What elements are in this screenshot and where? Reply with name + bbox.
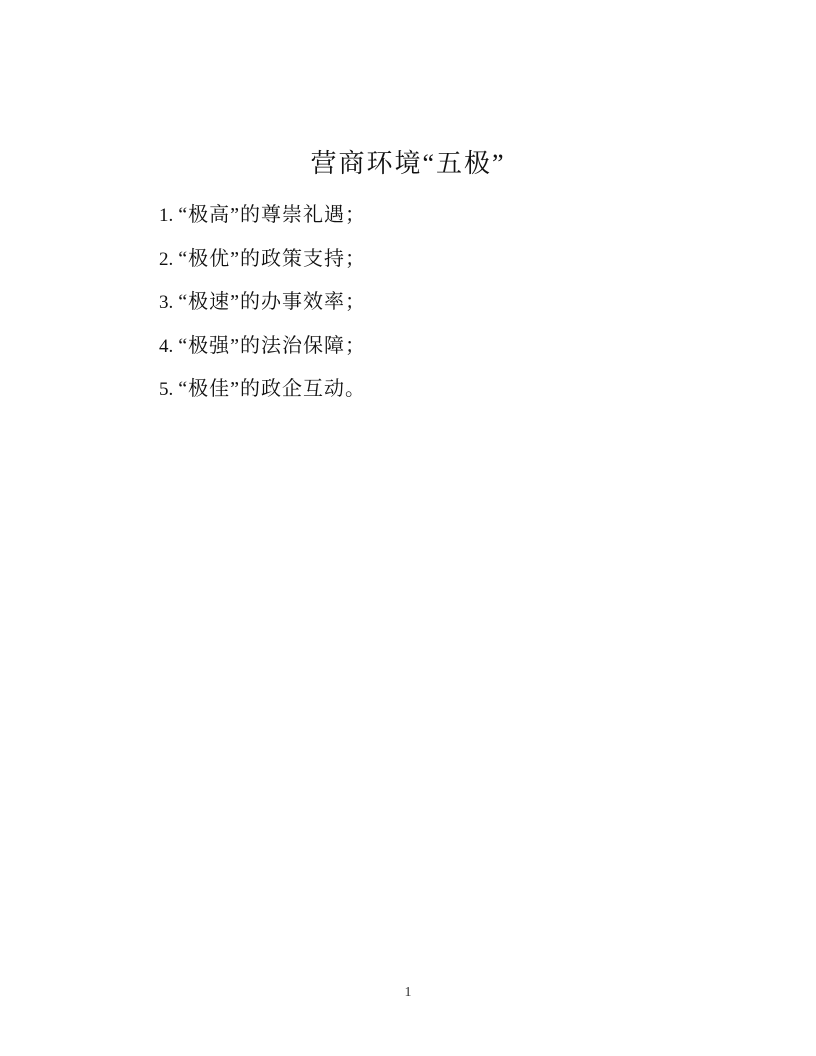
list-item-number: 1. <box>159 194 173 238</box>
numbered-list: 1.“极高”的尊崇礼遇； 2.“极优”的政策支持； 3.“极速”的办事效率； 4… <box>159 194 720 412</box>
list-item-number: 4. <box>159 325 173 369</box>
list-item-text: “极速”的办事效率； <box>178 291 366 313</box>
page-number: 1 <box>405 985 412 1000</box>
list-item: 5.“极佳”的政企互动。 <box>159 368 720 412</box>
list-item: 3.“极速”的办事效率； <box>159 281 720 325</box>
list-item-number: 2. <box>159 238 173 282</box>
page-title: 营商环境“五极” <box>0 143 816 180</box>
page-footer: 1 <box>0 983 816 1001</box>
document-page: 营商环境“五极” 1.“极高”的尊崇礼遇； 2.“极优”的政策支持； 3.“极速… <box>0 0 816 1056</box>
list-item: 1.“极高”的尊崇礼遇； <box>159 194 720 238</box>
list-item-text: “极优”的政策支持； <box>178 248 366 270</box>
list-item-text: “极佳”的政企互动。 <box>178 378 366 400</box>
list-item: 2.“极优”的政策支持； <box>159 238 720 282</box>
list-item-number: 3. <box>159 281 173 325</box>
list-item-text: “极强”的法治保障； <box>178 335 366 357</box>
list-item: 4.“极强”的法治保障； <box>159 325 720 369</box>
list-item-text: “极高”的尊崇礼遇； <box>178 204 366 226</box>
list-item-number: 5. <box>159 368 173 412</box>
